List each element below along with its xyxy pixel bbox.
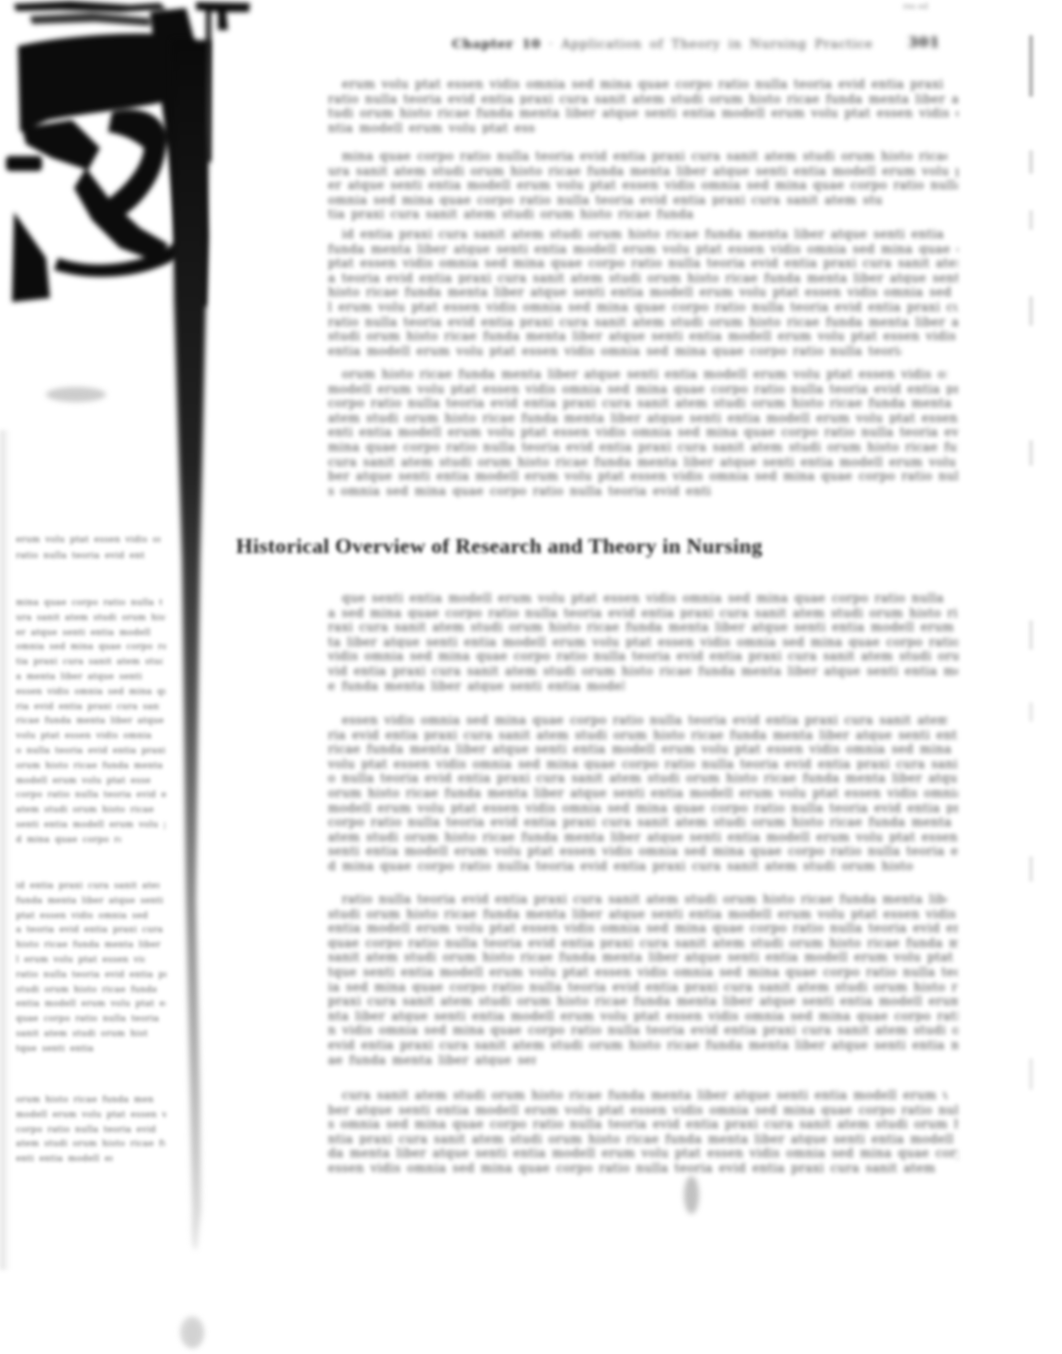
blurred-text-line: erum volu ptat essen vidis omnia sed min…	[342, 76, 947, 91]
blurred-text-line: volu ptat essen vidis omnia sed mina qua…	[16, 728, 153, 743]
blurred-text-line: ratio nulla teoria evid entia praxi cura…	[342, 891, 947, 906]
blurred-paragraph: ratio nulla teoria evid entia praxi cura…	[328, 891, 958, 1066]
blurred-text-line: entia modell erum volu ptat essen vidis …	[328, 343, 901, 358]
blurred-text-line: ria evid entia praxi cura sanit atem stu…	[328, 727, 958, 742]
blurred-text-line: omnia sed mina quae corpo ratio nulla te…	[16, 639, 166, 654]
blurred-text-line: ptat essen vidis omnia sed mina quae cor…	[328, 255, 958, 270]
blurred-text-line: ura sanit atem studi orum histo ricae fu…	[16, 610, 166, 625]
blurred-paragraph: id entia praxi cura sanit atem studi oru…	[328, 226, 958, 357]
blurred-text-line: mina quae corpo ratio nulla teoria evid …	[328, 439, 958, 454]
blurred-text-line: atem studi orum histo ricae funda menta …	[16, 1136, 165, 1151]
blurred-text-line: modell erum volu ptat essen vidis omnia …	[328, 381, 958, 396]
blurred-text-line: s omnia sed mina quae corpo ratio nulla …	[328, 483, 712, 498]
blurred-text-line: ratio nulla teoria evid entia praxi cura…	[328, 314, 958, 329]
blurred-text-line: quae corpo ratio nulla teoria evid entia…	[16, 1011, 160, 1026]
blurred-text-line: er atque senti entia modell erum volu pt…	[328, 177, 958, 192]
blurred-text-line: d mina quae corpo ratio nulla teoria evi…	[328, 858, 914, 873]
blurred-text-line: ura sanit atem studi orum histo ricae fu…	[328, 163, 958, 178]
blurred-text-line: erum volu ptat essen vidis omnia sed min…	[16, 531, 160, 547]
blurred-text-line: ricae funda menta liber atque senti enti…	[16, 713, 166, 728]
blurred-text-line: histo ricae funda menta liber atque sent…	[16, 937, 162, 952]
blurred-text-line: senti entia modell erum volu ptat essen …	[16, 817, 165, 832]
blurred-text-line: corpo ratio nulla teoria evid entia prax…	[16, 787, 166, 802]
blurred-paragraph: orum histo ricae funda menta liber atque…	[328, 366, 958, 497]
blurred-text-line: e funda menta liber atque senti entia mo…	[328, 678, 624, 693]
blurred-text-line: modell erum volu ptat essen vidis omnia …	[16, 1107, 166, 1122]
scan-tick	[1029, 1058, 1033, 1090]
blurred-text-line: mina quae corpo ratio nulla teoria evid …	[16, 595, 162, 610]
blurred-text-line: essen vidis omnia sed mina quae corpo ra…	[342, 712, 947, 727]
blurred-paragraph: id entia praxi cura sanit atem studi oru…	[16, 878, 166, 1056]
scan-smudge	[684, 1176, 699, 1214]
blurred-text-line: corpo ratio nulla teoria evid entia prax…	[328, 395, 958, 410]
scanned-book-page: Chapter 10 · Application of Theory in Nu…	[0, 0, 1062, 1354]
scan-tick	[1029, 620, 1033, 650]
blurred-text-line: l erum volu ptat essen vidis omnia sed m…	[16, 952, 145, 967]
blurred-text-line: cura sanit atem studi orum histo ricae f…	[342, 1087, 947, 1102]
blurred-paragraph: que senti entia modell erum volu ptat es…	[328, 590, 958, 692]
blurred-text-line: funda menta liber atque senti entia mode…	[16, 893, 166, 908]
blurred-text-line: a teoria evid entia praxi cura sanit ate…	[328, 270, 958, 285]
scan-smudge	[180, 1316, 204, 1348]
scan-tick	[1029, 150, 1033, 174]
blurred-text-line: modell erum volu ptat essen vidis omnia …	[16, 773, 150, 788]
blurred-text-line: ta liber atque senti entia modell erum v…	[328, 634, 958, 649]
blurred-paragraph: mina quae corpo ratio nulla teoria evid …	[328, 148, 958, 221]
scan-tick	[1029, 702, 1033, 722]
blurred-text-line: sanit atem studi orum histo ricae funda …	[16, 1026, 148, 1041]
blurred-text-line: corpo ratio nulla teoria evid entia prax…	[16, 1122, 160, 1137]
blurred-text-line: n vidis omnia sed mina quae corpo ratio …	[328, 1022, 958, 1037]
blurred-text-line: modell erum volu ptat essen vidis omnia …	[328, 800, 958, 815]
blurred-text-line: entia modell erum volu ptat essen vidis …	[328, 920, 958, 935]
blurred-paragraph: cura sanit atem studi orum histo ricae f…	[328, 1087, 958, 1175]
blurred-text-line: raxi cura sanit atem studi orum histo ri…	[328, 619, 958, 634]
blurred-text-line: histo ricae funda menta liber atque sent…	[328, 284, 958, 299]
blurred-text-line: id entia praxi cura sanit atem studi oru…	[342, 226, 947, 241]
blurred-text-line: ptat essen vidis omnia sed mina quae cor…	[16, 908, 151, 923]
blurred-text-line: tque senti entia modell erum volu ptat e…	[16, 1041, 99, 1056]
blurred-text-line: atem studi orum histo ricae funda menta …	[16, 802, 159, 817]
blurred-text-line: ae funda menta liber atque senti entia m…	[328, 1052, 536, 1067]
blurred-text-line: da menta liber atque senti entia modell …	[328, 1145, 958, 1160]
scan-tick	[1029, 35, 1033, 97]
blurred-text-line: ber atque senti entia modell erum volu p…	[328, 1102, 958, 1117]
blurred-text-line: essen vidis omnia sed mina quae corpo ra…	[328, 1160, 939, 1175]
blurred-text-line: vidis omnia sed mina quae corpo ratio nu…	[328, 648, 958, 663]
blurred-text-line: s omnia sed mina quae corpo ratio nulla …	[328, 1116, 958, 1131]
blurred-text-line: quae corpo ratio nulla teoria evid entia…	[328, 935, 958, 950]
blurred-paragraph: erum volu ptat essen vidis omnia sed min…	[328, 76, 958, 134]
blurred-text-line: praxi cura sanit atem studi orum histo r…	[328, 993, 958, 1008]
corner-mark: res ed	[903, 2, 963, 11]
blurred-text-line: que senti entia modell erum volu ptat es…	[342, 590, 947, 605]
blurred-text-line: ia sed mina quae corpo ratio nulla teori…	[328, 979, 958, 994]
scan-tick	[1029, 440, 1033, 466]
blurred-text-line: senti entia modell erum volu ptat essen …	[328, 843, 958, 858]
blurred-text-line: tque senti entia modell erum volu ptat e…	[328, 964, 958, 979]
blurred-text-line: a sed mina quae corpo ratio nulla teoria…	[328, 605, 958, 620]
blurred-text-line: funda menta liber atque senti entia mode…	[328, 241, 958, 256]
blurred-text-line: ntia praxi cura sanit atem studi orum hi…	[328, 1131, 958, 1146]
blurred-text-line: ricae funda menta liber atque senti enti…	[328, 741, 958, 756]
blurred-text-line: atem studi orum histo ricae funda menta …	[328, 410, 958, 425]
blurred-text-line: evid entia praxi cura sanit atem studi o…	[328, 1037, 958, 1052]
blurred-text-line: entia modell erum volu ptat essen vidis …	[16, 996, 166, 1011]
blurred-text-line: l erum volu ptat essen vidis omnia sed m…	[328, 299, 958, 314]
blurred-text-line: ber atque senti entia modell erum volu p…	[328, 468, 958, 483]
section-heading: Historical Overview of Research and Theo…	[236, 534, 889, 559]
blurred-text-line: enti entia modell erum volu ptat essen v…	[328, 424, 958, 439]
blurred-text-line: volu ptat essen vidis omnia sed mina qua…	[328, 756, 958, 771]
blurred-text-line: ntia modell erum volu ptat essen vidis o…	[328, 120, 536, 135]
blurred-text-line: ratio nulla teoria evid entia praxi cura…	[16, 967, 166, 982]
blurred-text-line: nta liber atque senti entia modell erum …	[328, 1008, 958, 1023]
blurred-text-line: ratio nulla teoria evid entia praxi cura…	[328, 91, 958, 106]
blurred-text-line: orum histo ricae funda menta liber atque…	[16, 1092, 154, 1107]
blurred-paragraph: essen vidis omnia sed mina quae corpo ra…	[328, 712, 958, 873]
blurred-text-line: tudi orum histo ricae funda menta liber …	[328, 105, 958, 120]
blurred-text-line: tia praxi cura sanit atem studi orum his…	[328, 206, 693, 221]
blurred-text-line: ratio nulla teoria evid entia praxi cura…	[16, 547, 145, 563]
blurred-text-line: ria evid entia praxi cura sanit atem stu…	[16, 699, 160, 714]
page-edge-shade	[0, 430, 10, 1270]
blurred-text-line: studi orum histo ricae funda menta liber…	[16, 982, 156, 997]
blurred-text-line: corpo ratio nulla teoria evid entia prax…	[328, 814, 958, 829]
blurred-paragraph: mina quae corpo ratio nulla teoria evid …	[16, 595, 166, 847]
scan-tick	[1029, 210, 1033, 230]
blurred-paragraph: orum histo ricae funda menta liber atque…	[16, 1092, 166, 1166]
blurred-text-line: enti entia modell erum volu ptat essen v…	[16, 1151, 112, 1166]
scan-smudge	[46, 387, 106, 402]
scan-tick	[1029, 296, 1033, 326]
blurred-text-line: a menta liber atque senti entia modell e…	[16, 669, 147, 684]
blurred-text-line: o nulla teoria evid entia praxi cura san…	[328, 770, 958, 785]
page-number: 301	[908, 35, 954, 57]
fold-streak-artifact	[160, 0, 240, 1270]
blurred-text-line: er atque senti entia modell erum volu pt…	[16, 625, 156, 640]
blurred-text-line: o nulla teoria evid entia praxi cura san…	[16, 743, 166, 758]
running-head-chapter: Chapter 10	[452, 36, 541, 51]
blurred-text-line: cura sanit atem studi orum histo ricae f…	[328, 454, 958, 469]
blurred-text-line: d mina quae corpo ratio nulla teoria evi…	[16, 832, 121, 847]
blurred-text-line: essen vidis omnia sed mina quae corpo ra…	[16, 684, 166, 699]
blurred-text-line: orum histo ricae funda menta liber atque…	[342, 366, 947, 381]
blurred-text-line: omnia sed mina quae corpo ratio nulla te…	[328, 192, 882, 207]
scan-tick	[1029, 856, 1033, 882]
running-head: Chapter 10 · Application of Theory in Nu…	[452, 36, 872, 58]
blurred-text-line: studi orum histo ricae funda menta liber…	[328, 906, 958, 921]
blurred-text-line: vid entia praxi cura sanit atem studi or…	[328, 663, 958, 678]
running-head-title: · Application of Theory in Nursing Pract…	[541, 36, 873, 51]
blurred-text-line: tia praxi cura sanit atem studi orum his…	[16, 654, 163, 669]
blurred-text-line: id entia praxi cura sanit atem studi oru…	[16, 878, 159, 893]
blurred-text-line: sanit atem studi orum histo ricae funda …	[328, 949, 958, 964]
blurred-text-line: studi orum histo ricae funda menta liber…	[328, 328, 958, 343]
blurred-text-line: a teoria evid entia praxi cura sanit ate…	[16, 922, 166, 937]
blurred-text-line: atem studi orum histo ricae funda menta …	[328, 829, 958, 844]
blurred-paragraph: erum volu ptat essen vidis omnia sed min…	[16, 531, 166, 563]
blurred-text-line: mina quae corpo ratio nulla teoria evid …	[342, 148, 947, 163]
blurred-text-line: orum histo ricae funda menta liber atque…	[16, 758, 162, 773]
blurred-text-line: orum histo ricae funda menta liber atque…	[328, 785, 958, 800]
